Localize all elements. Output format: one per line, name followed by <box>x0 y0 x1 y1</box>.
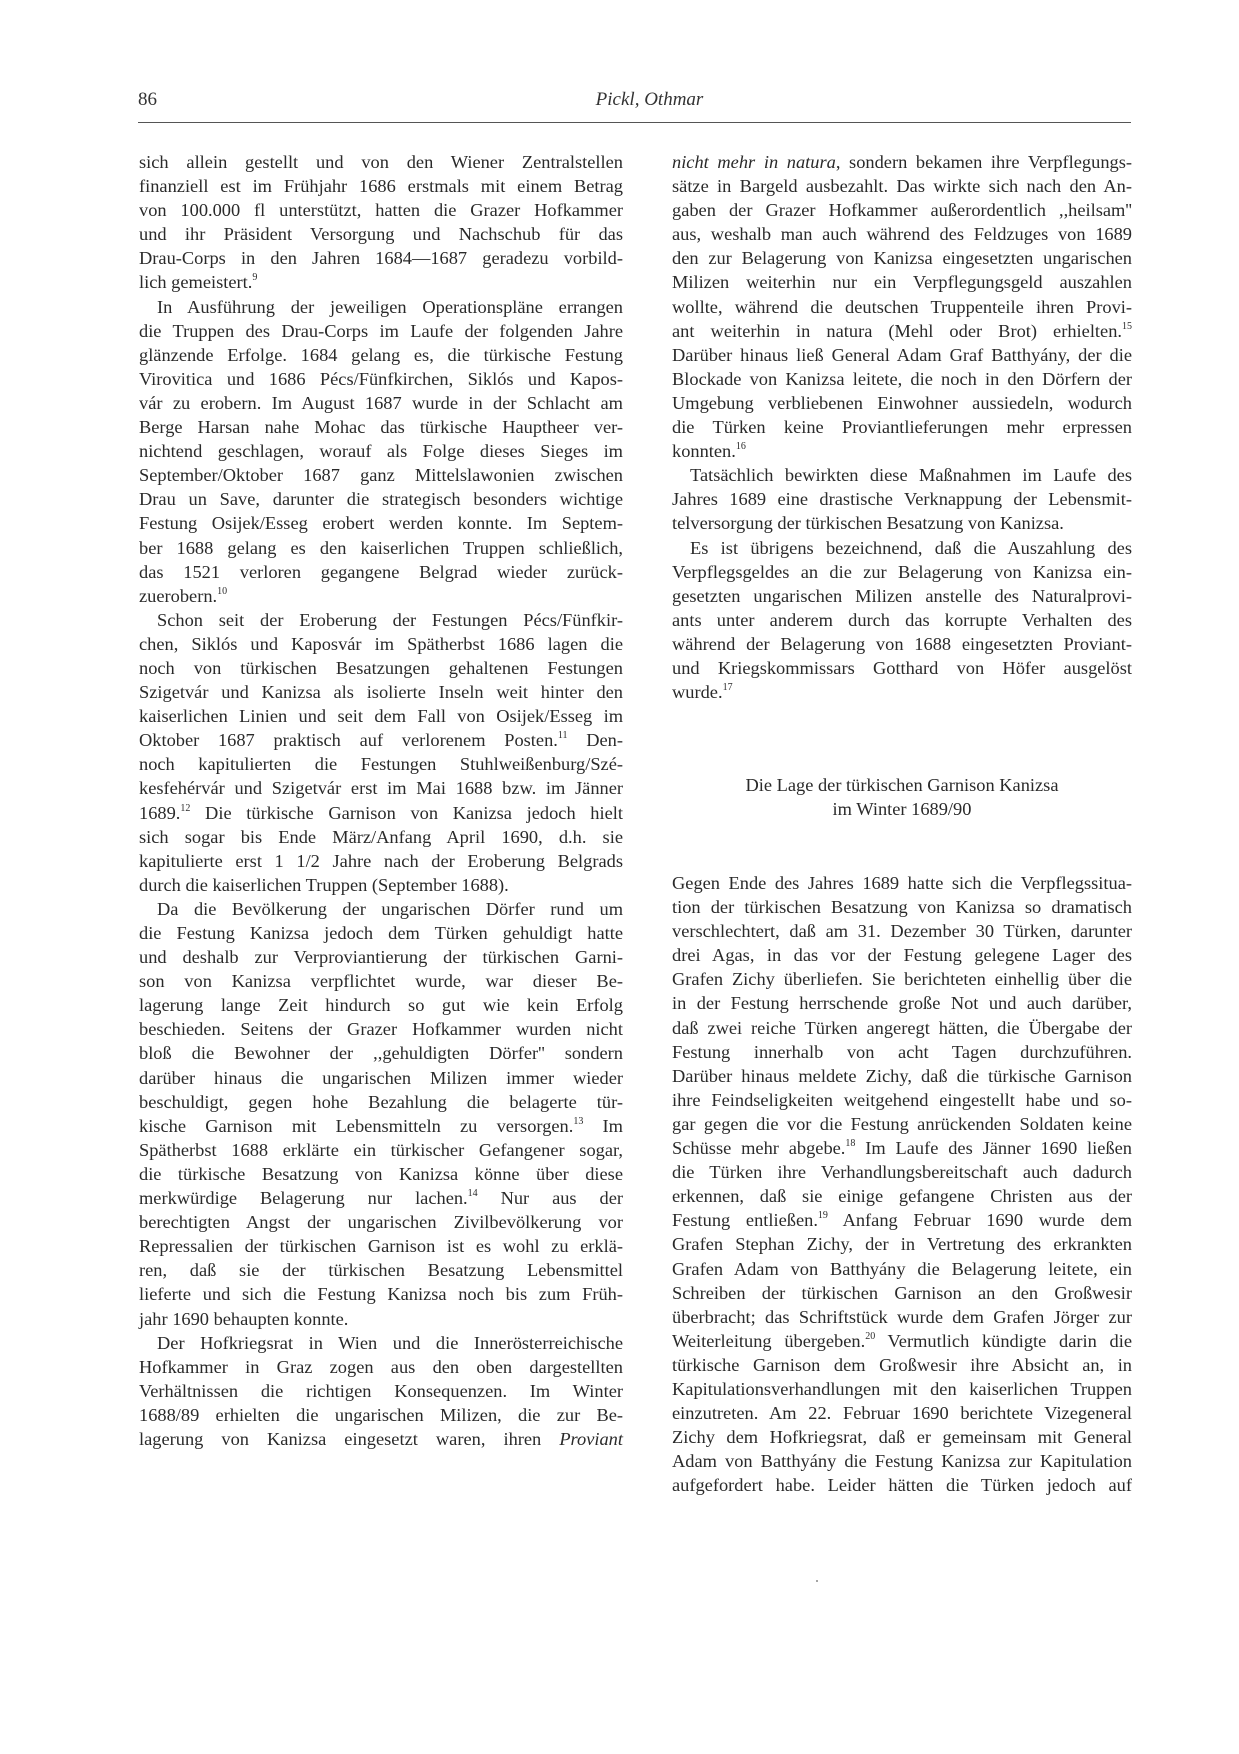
line-text: ant weiterhin in natura (Mehl oder Brot)… <box>672 321 1122 341</box>
line-text: nichtend geschlagen, worauf als Folge di… <box>139 441 623 461</box>
text-line: nicht mehr in natura, sondern bekamen ih… <box>672 150 1132 174</box>
header-rule <box>138 122 1131 123</box>
text-line: wollte, während die deutschen Truppentei… <box>672 295 1132 319</box>
line-text: Umgebung verbliebenen Einwohner aussiede… <box>672 393 1132 413</box>
text-line: den zur Belagerung von Kanizsa eingesetz… <box>672 246 1132 270</box>
text-line: 1688/89 erhielten die ungarischen Milize… <box>139 1403 623 1427</box>
line-text: Repressalien der türkischen Garnison ist… <box>139 1236 623 1256</box>
line-text: lieferte und sich die Festung Kanizsa no… <box>139 1284 623 1304</box>
line-text: Weiterleitung übergeben. <box>672 1331 865 1351</box>
text-line: die Türken keine Proviantlieferungen meh… <box>672 415 1132 439</box>
line-text: sich sogar bis Ende März/Anfang April 16… <box>139 827 623 847</box>
footnote-reference[interactable]: 12 <box>180 803 190 814</box>
text-line: sich sogar bis Ende März/Anfang April 16… <box>139 825 623 849</box>
line-text: Spätherbst 1688 erklärte ein türkischer … <box>139 1140 623 1160</box>
section-heading: Die Lage der türkischen Garnison Kanizsa… <box>672 773 1132 821</box>
line-text: Grafen Adam von Batthyány die Belagerung… <box>672 1259 1132 1279</box>
line-text: und Kriegskommissars Gotthard von Höfer … <box>672 658 1132 678</box>
text-line: In Ausführung der jeweiligen Operationsp… <box>139 295 623 319</box>
line-text: von 100.000 fl unterstützt, hatten die G… <box>139 200 623 220</box>
text-line: Virovitica und 1686 Pécs/Fünfkirchen, Si… <box>139 367 623 391</box>
line-text: türkische Garnison dem Großwesir ihre Ab… <box>672 1355 1132 1375</box>
line-text: das 1521 verloren gegangene Belgrad wied… <box>139 562 623 582</box>
line-text: jahr 1690 behaupten konnte. <box>139 1309 348 1329</box>
footnote-reference[interactable]: 13 <box>573 1116 583 1127</box>
line-text: darüber hinaus die ungarischen Milizen i… <box>139 1068 623 1088</box>
text-line: verschlechtert, daß am 31. Dezember 30 T… <box>672 919 1132 943</box>
line-text: Zichy dem Hofkriegsrat, daß er gemeinsam… <box>672 1427 1132 1447</box>
line-text: den zur Belagerung von Kanizsa eingesetz… <box>672 248 1132 268</box>
text-line: ant weiterhin in natura (Mehl oder Brot)… <box>672 319 1132 343</box>
section-heading-line-1: Die Lage der türkischen Garnison Kanizsa <box>672 773 1132 797</box>
text-line: Drau un Save, darunter die strategisch b… <box>139 487 623 511</box>
line-text: drei Agas, in das vor der Festung gelege… <box>672 945 1132 965</box>
text-line: einzutreten. Am 22. Februar 1690 bericht… <box>672 1401 1132 1425</box>
line-text: und deshalb zur Verproviantierung der tü… <box>139 947 623 967</box>
text-line: beschieden. Seitens der Grazer Hofkammer… <box>139 1017 623 1041</box>
text-line: daß zwei reiche Türken angeregt hätten, … <box>672 1016 1132 1040</box>
text-line: Verpflegsgeldes an die zur Belagerung vo… <box>672 560 1132 584</box>
text-line: während der Belagerung von 1688 eingeset… <box>672 632 1132 656</box>
line-text: überbracht; das Schriftstück wurde dem G… <box>672 1307 1132 1327</box>
italic-text: nicht mehr in natura <box>672 152 836 172</box>
text-line: Adam von Batthyány die Festung Kanizsa z… <box>672 1449 1132 1473</box>
text-line: kapitulierte erst 1 1/2 Jahre nach der E… <box>139 849 623 873</box>
text-line: die Türken ihre Verhandlungsbereitschaft… <box>672 1160 1132 1184</box>
text-line: son von Kanizsa verpflichtet wurde, war … <box>139 969 623 993</box>
line-text: Drau-Corps in den Jahren 1684—1687 gerad… <box>139 248 623 268</box>
text-line: Repressalien der türkischen Garnison ist… <box>139 1234 623 1258</box>
line-text: Darüber hinaus meldete Zichy, daß die tü… <box>672 1066 1132 1086</box>
text-line: gesetzten ungarischen Milizen anstelle d… <box>672 584 1132 608</box>
text-line: ber 1688 gelang es den kaiserlichen Trup… <box>139 536 623 560</box>
line-text: Grafen Stephan Zichy, der in Vertretung … <box>672 1234 1132 1254</box>
text-line: chen, Siklós und Kaposvár im Spätherbst … <box>139 632 623 656</box>
line-text: Den- <box>568 730 623 750</box>
text-line: Schon seit der Eroberung der Festungen P… <box>139 608 623 632</box>
text-line: vár zu erobern. Im August 1687 wurde in … <box>139 391 623 415</box>
line-text: glänzende Erfolge. 1684 gelang es, die t… <box>139 345 623 365</box>
text-line: durch die kaiserlichen Truppen (Septembe… <box>139 873 623 897</box>
line-text: bloß die Bewohner der ,,gehuldigten Dörf… <box>139 1043 623 1063</box>
text-line: Milizen weiterhin nur ein Verpflegungsge… <box>672 270 1132 294</box>
line-text: Szigetvár und Kanizsa als isolierte Inse… <box>139 682 623 702</box>
line-text: Es ist übrigens bezeichnend, daß die Aus… <box>690 538 1132 558</box>
text-line: sich allein gestellt und von den Wiener … <box>139 150 623 174</box>
text-line: sätze in Bargeld ausbezahlt. Das wirkte … <box>672 174 1132 198</box>
line-text: Blockade von Kanizsa leitete, die noch i… <box>672 369 1132 389</box>
line-text: beschieden. Seitens der Grazer Hofkammer… <box>139 1019 623 1039</box>
line-text: Der Hofkriegsrat in Wien und die Innerös… <box>157 1333 623 1353</box>
line-text: beschuldigt, gegen hohe Bezahlung die be… <box>139 1092 623 1112</box>
text-line: telversorgung der türkischen Besatzung v… <box>672 511 1132 535</box>
text-line: ihre Feindseligkeiten weitgehend eingest… <box>672 1088 1132 1112</box>
line-text: Da die Bevölkerung der ungarischen Dörfe… <box>157 899 623 919</box>
line-text: Verpflegsgeldes an die zur Belagerung vo… <box>672 562 1132 582</box>
line-text: Darüber hinaus ließ General Adam Graf Ba… <box>672 345 1132 365</box>
text-line: lagerung von Kanizsa eingesetzt waren, i… <box>139 1427 623 1451</box>
text-line: Szigetvár und Kanizsa als isolierte Inse… <box>139 680 623 704</box>
text-line: Zichy dem Hofkriegsrat, daß er gemeinsam… <box>672 1425 1132 1449</box>
text-line: Schüsse mehr abgebe.18 Im Laufe des Jänn… <box>672 1136 1132 1160</box>
right-column-top: nicht mehr in natura, sondern bekamen ih… <box>672 150 1132 704</box>
text-line: kaiserlichen Linien und seit dem Fall vo… <box>139 704 623 728</box>
text-line: kische Garnison mit Lebensmitteln zu ver… <box>139 1114 623 1138</box>
line-text: Schüsse mehr abgebe. <box>672 1138 845 1158</box>
text-line: Es ist übrigens bezeichnend, daß die Aus… <box>672 536 1132 560</box>
line-text: son von Kanizsa verpflichtet wurde, war … <box>139 971 623 991</box>
text-line: Blockade von Kanizsa leitete, die noch i… <box>672 367 1132 391</box>
footnote-reference[interactable]: 19 <box>818 1210 828 1221</box>
text-line: die Festung Kanizsa jedoch dem Türken ge… <box>139 921 623 945</box>
text-line: Jahres 1689 eine drastische Verknappung … <box>672 487 1132 511</box>
text-line: ants unter anderem durch das korrupte Ve… <box>672 608 1132 632</box>
text-line: 1689.12 Die türkische Garnison von Kaniz… <box>139 801 623 825</box>
text-line: ren, daß sie der türkischen Besatzung Le… <box>139 1258 623 1282</box>
text-line: drei Agas, in das vor der Festung gelege… <box>672 943 1132 967</box>
text-line: von 100.000 fl unterstützt, hatten die G… <box>139 198 623 222</box>
text-line: die Truppen des Drau-Corps im Laufe der … <box>139 319 623 343</box>
text-line: lagerung lange Zeit hindurch so gut wie … <box>139 993 623 1017</box>
line-text: konnten. <box>672 441 736 461</box>
text-line: lich gemeistert.9 <box>139 270 623 294</box>
text-line: und ihr Präsident Versorgung und Nachsch… <box>139 222 623 246</box>
footnote-reference[interactable]: 14 <box>468 1188 478 1199</box>
line-text: in der Festung herrschende große Not und… <box>672 993 1132 1013</box>
line-text: sätze in Bargeld ausbezahlt. Das wirkte … <box>672 176 1132 196</box>
text-line: Grafen Stephan Zichy, der in Vertretung … <box>672 1232 1132 1256</box>
text-line: merkwürdige Belagerung nur lachen.14 Nur… <box>139 1186 623 1210</box>
text-line: Festung innerhalb von acht Tagen durchzu… <box>672 1040 1132 1064</box>
text-line: Festung Osijek/Esseg erobert werden konn… <box>139 511 623 535</box>
line-text: die Truppen des Drau-Corps im Laufe der … <box>139 321 623 341</box>
footnote-reference[interactable]: 18 <box>845 1138 855 1149</box>
text-line: September/Oktober 1687 ganz Mittelslawon… <box>139 463 623 487</box>
line-text: die Türken ihre Verhandlungsbereitschaft… <box>672 1162 1132 1182</box>
text-line: finanziell est im Frühjahr 1686 erstmals… <box>139 174 623 198</box>
footnote-reference[interactable]: 11 <box>558 730 568 741</box>
line-text: noch kapitulierten die Festungen Stuhlwe… <box>139 754 623 774</box>
line-text: die Festung Kanizsa jedoch dem Türken ge… <box>139 923 623 943</box>
text-line: Gegen Ende des Jahres 1689 hatte sich di… <box>672 871 1132 895</box>
text-line: Der Hofkriegsrat in Wien und die Innerös… <box>139 1331 623 1355</box>
line-text: Vermutlich kündigte darin die <box>875 1331 1132 1351</box>
line-text: 1688/89 erhielten die ungarischen Milize… <box>139 1405 623 1425</box>
text-line: beschuldigt, gegen hohe Bezahlung die be… <box>139 1090 623 1114</box>
line-text: die Türken keine Proviantlieferungen meh… <box>672 417 1132 437</box>
line-text: Nur aus der <box>478 1188 623 1208</box>
footnote-reference[interactable]: 20 <box>865 1331 875 1342</box>
line-text: Gegen Ende des Jahres 1689 hatte sich di… <box>672 873 1132 893</box>
text-line: gar gegen die vor die Festung anrückende… <box>672 1112 1132 1136</box>
line-text: Oktober 1687 praktisch auf verlorenem Po… <box>139 730 558 750</box>
line-text: Adam von Batthyány die Festung Kanizsa z… <box>672 1451 1132 1471</box>
line-text: lagerung lange Zeit hindurch so gut wie … <box>139 995 623 1015</box>
line-text: aufgefordert habe. Leider hätten die Tür… <box>672 1475 1132 1495</box>
footnote-reference[interactable]: 9 <box>252 272 257 283</box>
line-text: Festung entließen. <box>672 1210 818 1230</box>
line-text: lagerung von Kanizsa eingesetzt waren, i… <box>139 1429 559 1449</box>
text-line: die türkische Besatzung von Kanizsa könn… <box>139 1162 623 1186</box>
line-text: daß zwei reiche Türken angeregt hätten, … <box>672 1018 1132 1038</box>
text-line: Da die Bevölkerung der ungarischen Dörfe… <box>139 897 623 921</box>
text-line: Umgebung verbliebenen Einwohner aussiede… <box>672 391 1132 415</box>
line-text: vár zu erobern. Im August 1687 wurde in … <box>139 393 623 413</box>
text-line: aus, weshalb man auch während des Feldzu… <box>672 222 1132 246</box>
line-text: kapitulierte erst 1 1/2 Jahre nach der E… <box>139 851 623 871</box>
text-line: kesfehérvár und Szigetvár erst im Mai 16… <box>139 776 623 800</box>
line-text: Festung innerhalb von acht Tagen durchzu… <box>672 1042 1132 1062</box>
text-line: lieferte und sich die Festung Kanizsa no… <box>139 1282 623 1306</box>
line-text: Kapitulationsverhandlungen mit den kaise… <box>672 1379 1132 1399</box>
line-text: kische Garnison mit Lebensmitteln zu ver… <box>139 1116 573 1136</box>
line-text: Grafen Zichy überliefen. Sie berichteten… <box>672 969 1132 989</box>
text-line: tion der türkischen Besatzung von Kanizs… <box>672 895 1132 919</box>
line-text: gesetzten ungarischen Milizen anstelle d… <box>672 586 1132 606</box>
text-line: Grafen Adam von Batthyány die Belagerung… <box>672 1257 1132 1281</box>
line-text: In Ausführung der jeweiligen Operationsp… <box>157 297 623 317</box>
text-line: und Kriegskommissars Gotthard von Höfer … <box>672 656 1132 680</box>
text-line: Drau-Corps in den Jahren 1684—1687 gerad… <box>139 246 623 270</box>
left-column: sich allein gestellt und von den Wiener … <box>139 150 623 1451</box>
text-line: Spätherbst 1688 erklärte ein türkischer … <box>139 1138 623 1162</box>
line-text: Drau un Save, darunter die strategisch b… <box>139 489 623 509</box>
text-line: noch kapitulierten die Festungen Stuhlwe… <box>139 752 623 776</box>
text-line: nichtend geschlagen, worauf als Folge di… <box>139 439 623 463</box>
line-text: und ihr Präsident Versorgung und Nachsch… <box>139 224 623 244</box>
line-text: kaiserlichen Linien und seit dem Fall vo… <box>139 706 623 726</box>
line-text: ants unter anderem durch das korrupte Ve… <box>672 610 1132 630</box>
line-text: ren, daß sie der türkischen Besatzung Le… <box>139 1260 623 1280</box>
text-line: Tatsächlich bewirkten diese Maßnahmen im… <box>672 463 1132 487</box>
line-text: gaben der Grazer Hofkammer außerordentli… <box>672 200 1132 220</box>
text-line: aufgefordert habe. Leider hätten die Tür… <box>672 1473 1132 1497</box>
right-column-bottom: Gegen Ende des Jahres 1689 hatte sich di… <box>672 871 1132 1497</box>
line-text: telversorgung der türkischen Besatzung v… <box>672 513 1064 533</box>
text-line: und deshalb zur Verproviantierung der tü… <box>139 945 623 969</box>
text-line: zuerobern.10 <box>139 584 623 608</box>
line-text: gar gegen die vor die Festung anrückende… <box>672 1114 1132 1134</box>
text-line: Verhältnissen die richtigen Konsequenzen… <box>139 1379 623 1403</box>
line-text: erkennen, daß sie einige gefangene Chris… <box>672 1186 1132 1206</box>
text-line: in der Festung herrschende große Not und… <box>672 991 1132 1015</box>
line-text: zuerobern. <box>139 586 217 606</box>
line-text: aus, weshalb man auch während des Feldzu… <box>672 224 1132 244</box>
text-line: Berge Harsan nahe Mohac das türkische Ha… <box>139 415 623 439</box>
line-text: tion der türkischen Besatzung von Kanizs… <box>672 897 1132 917</box>
text-line: darüber hinaus die ungarischen Milizen i… <box>139 1066 623 1090</box>
line-text: einzutreten. Am 22. Februar 1690 bericht… <box>672 1403 1132 1423</box>
line-text: 1689. <box>139 803 180 823</box>
line-text: noch von türkischen Besatzungen gehalten… <box>139 658 623 678</box>
text-line: erkennen, daß sie einige gefangene Chris… <box>672 1184 1132 1208</box>
line-text: September/Oktober 1687 ganz Mittelslawon… <box>139 465 623 485</box>
text-line: Weiterleitung übergeben.20 Vermutlich kü… <box>672 1329 1132 1353</box>
line-text: verschlechtert, daß am 31. Dezember 30 T… <box>672 921 1132 941</box>
text-line: das 1521 verloren gegangene Belgrad wied… <box>139 560 623 584</box>
line-text: lich gemeistert. <box>139 272 252 292</box>
text-line: Kapitulationsverhandlungen mit den kaise… <box>672 1377 1132 1401</box>
line-text: Schreiben der türkischen Garnison an den… <box>672 1283 1132 1303</box>
line-text: die türkische Besatzung von Kanizsa könn… <box>139 1164 623 1184</box>
text-line: Darüber hinaus ließ General Adam Graf Ba… <box>672 343 1132 367</box>
text-line: wurde.17 <box>672 680 1132 704</box>
line-text: Milizen weiterhin nur ein Verpflegungsge… <box>672 272 1132 292</box>
text-line: konnten.16 <box>672 439 1132 463</box>
line-text: Die türkische Garnison von Kanizsa jedoc… <box>190 803 623 823</box>
line-text: wollte, während die deutschen Truppentei… <box>672 297 1132 317</box>
text-line: Hofkammer in Graz zogen aus den oben dar… <box>139 1355 623 1379</box>
text-line: Darüber hinaus meldete Zichy, daß die tü… <box>672 1064 1132 1088</box>
line-text: , sondern bekamen ihre Verpflegungs- <box>836 152 1132 172</box>
text-line: glänzende Erfolge. 1684 gelang es, die t… <box>139 343 623 367</box>
footnote-reference[interactable]: 17 <box>723 682 733 693</box>
line-text: Tatsächlich bewirkten diese Maßnahmen im… <box>690 465 1132 485</box>
line-text: Anfang Februar 1690 wurde dem <box>828 1210 1132 1230</box>
line-text: kesfehérvár und Szigetvár erst im Mai 16… <box>139 778 623 798</box>
text-line: Grafen Zichy überliefen. Sie berichteten… <box>672 967 1132 991</box>
line-text: Im <box>583 1116 623 1136</box>
scan-artifact <box>816 1580 818 1582</box>
line-text: chen, Siklós und Kaposvár im Spätherbst … <box>139 634 623 654</box>
line-text: Schon seit der Eroberung der Festungen P… <box>157 610 623 630</box>
running-head: Pickl, Othmar <box>0 89 1239 111</box>
text-line: überbracht; das Schriftstück wurde dem G… <box>672 1305 1132 1329</box>
line-text: Virovitica und 1686 Pécs/Fünfkirchen, Si… <box>139 369 623 389</box>
text-line: Oktober 1687 praktisch auf verlorenem Po… <box>139 728 623 752</box>
line-text: Jahres 1689 eine drastische Verknappung … <box>672 489 1132 509</box>
line-text: Berge Harsan nahe Mohac das türkische Ha… <box>139 417 623 437</box>
text-line: gaben der Grazer Hofkammer außerordentli… <box>672 198 1132 222</box>
line-text: Im Laufe des Jänner 1690 ließen <box>855 1138 1132 1158</box>
line-text: sich allein gestellt und von den Wiener … <box>139 152 623 172</box>
text-line: Festung entließen.19 Anfang Februar 1690… <box>672 1208 1132 1232</box>
line-text: während der Belagerung von 1688 eingeset… <box>672 634 1132 654</box>
line-text: ber 1688 gelang es den kaiserlichen Trup… <box>139 538 623 558</box>
line-text: finanziell est im Frühjahr 1686 erstmals… <box>139 176 623 196</box>
text-line: berechtigten Angst der ungarischen Zivil… <box>139 1210 623 1234</box>
line-text: wurde. <box>672 682 723 702</box>
italic-text: Proviant <box>559 1429 623 1449</box>
line-text: merkwürdige Belagerung nur lachen. <box>139 1188 468 1208</box>
line-text: Hofkammer in Graz zogen aus den oben dar… <box>139 1357 623 1377</box>
section-heading-line-2: im Winter 1689/90 <box>672 797 1132 821</box>
text-line: jahr 1690 behaupten konnte. <box>139 1307 623 1331</box>
text-line: Schreiben der türkischen Garnison an den… <box>672 1281 1132 1305</box>
footnote-reference[interactable]: 15 <box>1122 321 1132 332</box>
line-text: ihre Feindseligkeiten weitgehend eingest… <box>672 1090 1132 1110</box>
line-text: berechtigten Angst der ungarischen Zivil… <box>139 1212 623 1232</box>
line-text: Verhältnissen die richtigen Konsequenzen… <box>139 1381 623 1401</box>
line-text: durch die kaiserlichen Truppen (Septembe… <box>139 875 509 895</box>
footnote-reference[interactable]: 16 <box>736 441 746 452</box>
text-line: türkische Garnison dem Großwesir ihre Ab… <box>672 1353 1132 1377</box>
footnote-reference[interactable]: 10 <box>217 586 227 597</box>
text-line: bloß die Bewohner der ,,gehuldigten Dörf… <box>139 1041 623 1065</box>
line-text: Festung Osijek/Esseg erobert werden konn… <box>139 513 623 533</box>
text-line: noch von türkischen Besatzungen gehalten… <box>139 656 623 680</box>
